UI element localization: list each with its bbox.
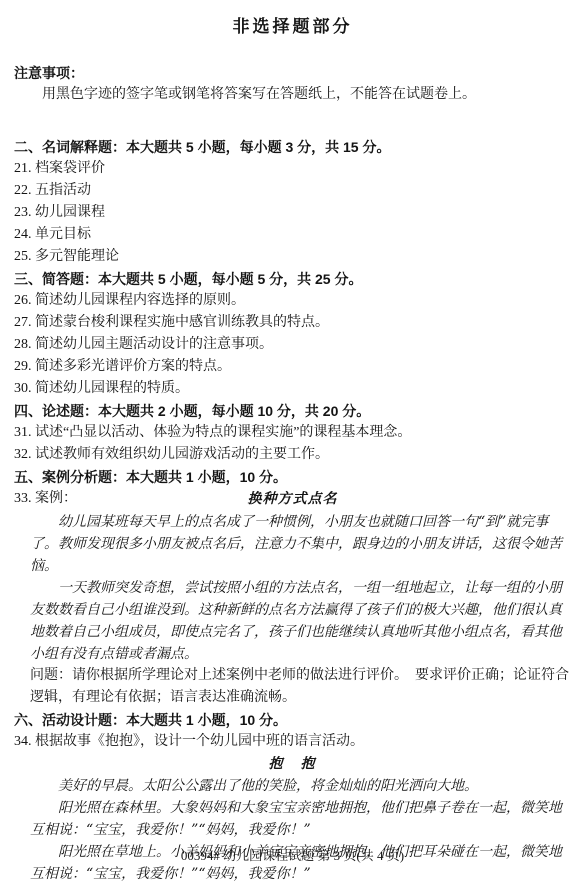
page-title: 非选择题部分 [14, 16, 571, 38]
section-heading: 六、活动设计题：本大题共 1 小题，10 分。 [14, 709, 571, 731]
section-heading: 五、案例分析题：本大题共 1 小题，10 分。 [14, 466, 571, 488]
story-paragraph: 美好的早晨。太阳公公露出了他的笑脸，将金灿灿的阳光洒向大地。 [30, 775, 571, 797]
case-paragraph: 幼儿园某班每天早上的点名成了一种惯例，小朋友也就随口回答一句“到”就完事了。教师… [30, 511, 571, 577]
section-essay: 四、论述题：本大题共 2 小题，每小题 10 分，共 20 分。 31. 试述“… [14, 400, 571, 466]
story-paragraph: 阳光照在森林里。大象妈妈和大象宝宝亲密地拥抱，他们把鼻子卷在一起，微笑地互相说：… [30, 797, 571, 841]
section-heading: 二、名词解释题：本大题共 5 小题，每小题 3 分，共 15 分。 [14, 136, 571, 158]
question-item: 28. 简述幼儿园主题活动设计的注意事项。 [14, 334, 571, 356]
case-body: 幼儿园某班每天早上的点名成了一种惯例，小朋友也就随口回答一句“到”就完事了。教师… [30, 511, 571, 709]
case-question: 问题：请你根据所学理论对上述案例中老师的做法进行评价。 要求评价正确；论证符合逻… [30, 665, 571, 709]
question-item: 27. 简述蒙台梭利课程实施中感官训练教具的特点。 [14, 312, 571, 334]
page-footer: 00394# 幼儿园课程试题 第 3 页(共 4 页) [0, 845, 585, 867]
question-item: 29. 简述多彩光谱评价方案的特点。 [14, 356, 571, 378]
question-item: 31. 试述“凸显以活动、体验为特点的课程实施”的课程基本理念。 [14, 422, 571, 444]
section-short-answer: 三、简答题：本大题共 5 小题，每小题 5 分，共 25 分。 26. 简述幼儿… [14, 268, 571, 400]
notice-block: 注意事项： 用黑色字迹的签字笔或钢笔将答案写在答题纸上，不能答在试题卷上。 [14, 62, 571, 106]
question-item: 33. 案例： [14, 488, 77, 510]
question-item: 23. 幼儿园课程 [14, 202, 571, 224]
exam-page: 非选择题部分 注意事项： 用黑色字迹的签字笔或钢笔将答案写在答题纸上，不能答在试… [0, 0, 585, 885]
story-body: 美好的早晨。太阳公公露出了他的笑脸，将金灿灿的阳光洒向大地。 阳光照在森林里。大… [30, 775, 571, 885]
question-item: 25. 多元智能理论 [14, 246, 571, 268]
section-heading: 三、简答题：本大题共 5 小题，每小题 5 分，共 25 分。 [14, 268, 571, 290]
question-item: 22. 五指活动 [14, 180, 571, 202]
section-term-definitions: 二、名词解释题：本大题共 5 小题，每小题 3 分，共 15 分。 21. 档案… [14, 136, 571, 268]
question-item: 24. 单元目标 [14, 224, 571, 246]
story-title: 抱 抱 [14, 753, 571, 775]
notice-label: 注意事项： [14, 62, 571, 84]
question-item: 32. 试述教师有效组织幼儿园游戏活动的主要工作。 [14, 444, 571, 466]
notice-text: 用黑色字迹的签字笔或钢笔将答案写在答题纸上，不能答在试题卷上。 [14, 84, 571, 106]
question-item: 30. 简述幼儿园课程的特质。 [14, 378, 571, 400]
question-item: 26. 简述幼儿园课程内容选择的原则。 [14, 290, 571, 312]
section-case-analysis: 五、案例分析题：本大题共 1 小题，10 分。 33. 案例： 换种方式点名 幼… [14, 466, 571, 709]
case-heading-row: 33. 案例： 换种方式点名 [14, 488, 571, 511]
spacer [14, 106, 571, 136]
section-heading: 四、论述题：本大题共 2 小题，每小题 10 分，共 20 分。 [14, 400, 571, 422]
question-item: 34. 根据故事《抱抱》，设计一个幼儿园中班的语言活动。 [14, 731, 571, 753]
question-item: 21. 档案袋评价 [14, 158, 571, 180]
case-paragraph: 一天教师突发奇想，尝试按照小组的方法点名，一组一组地起立，让每一组的小朋友数数看… [30, 577, 571, 665]
case-title: 换种方式点名 [248, 491, 338, 507]
